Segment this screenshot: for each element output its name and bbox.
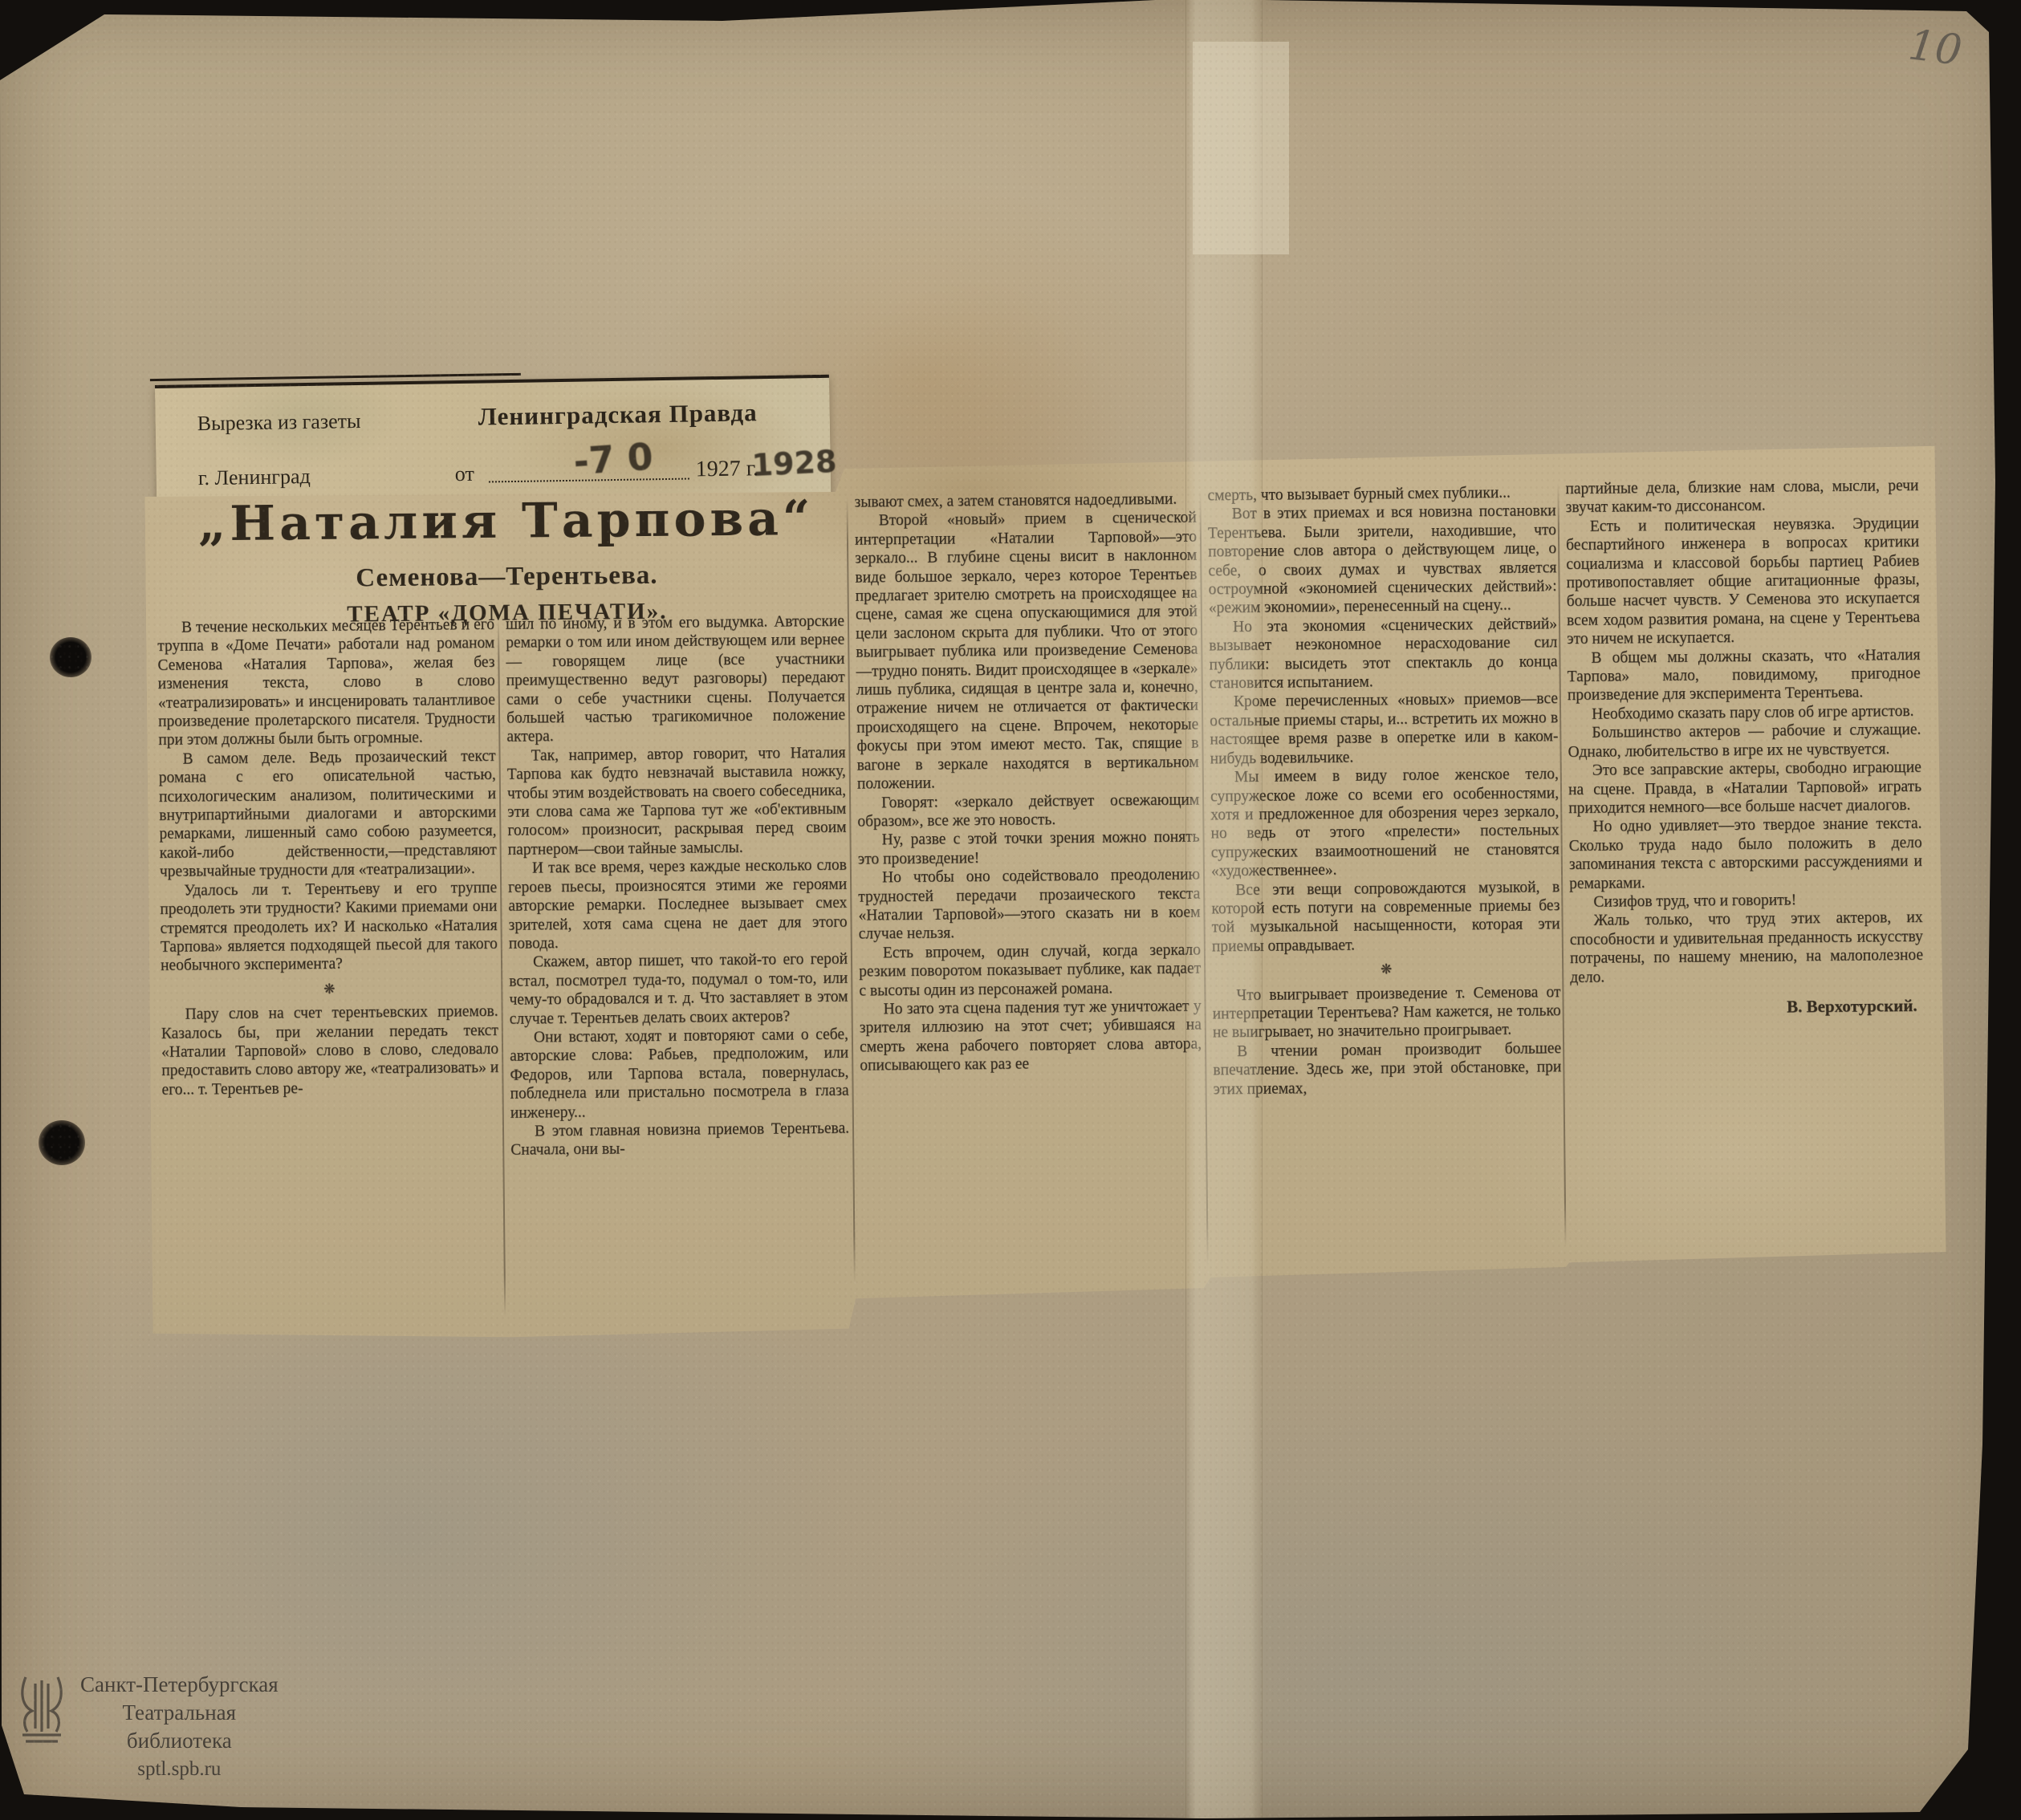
article-column-3: зывают смех, а затем становятся надоедли… <box>854 490 1202 1075</box>
date-stamp-day: -7 0 <box>572 435 655 484</box>
scan-canvas: 10 Вырезка из газеты Ленинградская Правд… <box>0 0 2021 1820</box>
article-paragraph: Второй «новый» прием в сценической интер… <box>855 509 1199 794</box>
label-source-prefix: Вырезка из газеты <box>197 409 361 436</box>
library-watermark: Санкт-Петербургская Театральная библиоте… <box>13 1671 279 1783</box>
label-from: от <box>455 462 474 486</box>
article-paragraph: Ну, разве с этой точки зрения можно поня… <box>857 828 1199 869</box>
column-rule <box>1199 490 1208 1266</box>
label-city: г. Ленинград <box>198 465 311 490</box>
article-paragraph: Большинство актеров — рабочие и служащие… <box>1568 721 1921 762</box>
article-paragraph: Кроме перечисленных «новых» приемов—все … <box>1210 690 1559 769</box>
article-signature: В. Верхотурский. <box>1787 997 1924 1017</box>
article-paragraph: Но зато эта сцена падения тут же уничтож… <box>859 997 1202 1075</box>
article-title: „Наталия Тарпова“ <box>152 490 860 552</box>
watermark-line: библиотека <box>80 1727 279 1755</box>
page-number: 10 <box>1906 21 1965 75</box>
article-paragraph: В чтении роман производит большее впечат… <box>1213 1039 1562 1099</box>
watermark-line: sptl.spb.ru <box>80 1755 279 1783</box>
column-rule <box>498 619 506 1317</box>
date-stamp-year: 1928 <box>751 444 838 483</box>
label-source-name: Ленинградская Правда <box>478 398 757 431</box>
article-column-4: смерть, что вызывает бурный смех публики… <box>1207 483 1561 1099</box>
article-paragraph: И так все время, через каждые несколько … <box>508 856 848 953</box>
album-page: 10 Вырезка из газеты Ленинградская Правд… <box>0 0 2021 1820</box>
article-paragraph: Все эти вещи сопровождаются музыкой, в к… <box>1211 878 1560 957</box>
article-paragraph: В этом главная новизна приемов Терентьев… <box>510 1119 849 1160</box>
article-column-5: В. Верхотурский. партийные дела, близкие… <box>1565 477 1923 1019</box>
punch-hole <box>50 637 91 677</box>
article-column-1: В течение нескольких месяцев Терентьев и… <box>157 615 499 1099</box>
article-paragraph: Они встают, ходят и повторяют сами о себ… <box>510 1026 849 1123</box>
article-subtitle: Семенова—Терентьева. <box>153 559 860 595</box>
article-paragraph: Мы имеем в виду голое женское тело, супр… <box>1210 765 1559 881</box>
article-headline: „Наталия Тарпова“ Семенова—Терентьева. Т… <box>152 490 860 629</box>
article-paragraph: Так, например, автор говорит, что Натали… <box>506 743 846 859</box>
article-paragraph: партийные дела, близкие нам слова, мысли… <box>1565 477 1918 518</box>
article-paragraph: шил по иному, и в этом его выдумка. Авто… <box>506 612 846 747</box>
article-paragraph: Но чтобы оно содействовало преодолению т… <box>858 866 1201 945</box>
article-paragraph: Говорят: «зеркало действует освежающим о… <box>857 790 1199 831</box>
article-paragraph: В самом деле. Ведь прозаический текст ро… <box>158 747 497 882</box>
watermark-line: Санкт-Петербургская <box>80 1671 279 1699</box>
article-paragraph: Удалось ли т. Терентьеву и его труппе пр… <box>160 878 498 975</box>
article-paragraph: Но эта экономия «сценических действий» в… <box>1209 615 1558 693</box>
section-separator: ❋ <box>1212 958 1560 981</box>
article-paragraph: Скажем, автор пишет, что такой-то его ге… <box>509 950 848 1029</box>
newspaper-clipping: „Наталия Тарпова“ Семенова—Терентьева. Т… <box>144 445 1946 1344</box>
article-paragraph: Это все заправские актеры, свободно игра… <box>1568 758 1922 818</box>
article-paragraph: В общем мы должны сказать, что «Наталия … <box>1567 645 1921 705</box>
article-paragraph: Жаль только, что труд этих актеров, их с… <box>1569 908 1923 987</box>
label-printed-year: 1927 г. <box>695 456 758 482</box>
library-watermark-text: Санкт-Петербургская Театральная библиоте… <box>80 1671 279 1783</box>
section-separator: ❋ <box>161 978 498 1000</box>
article-paragraph: Есть и политическая неувязка. Эрудиции б… <box>1566 514 1921 649</box>
article-paragraph: Пару слов на счет терентьевских приемов.… <box>161 1002 499 1099</box>
article-paragraph: В течение нескольких месяцев Терентьев и… <box>157 615 496 750</box>
article-paragraph: Есть впрочем, один случай, когда зеркало… <box>859 940 1202 1000</box>
punch-hole <box>39 1120 85 1165</box>
article-paragraph: Что выигрывает произведение т. Семенова … <box>1212 983 1561 1042</box>
watermark-line: Театральная <box>80 1699 279 1727</box>
article-column-2: шил по иному, и в этом его выдумка. Авто… <box>506 612 849 1160</box>
library-logo-icon <box>13 1671 71 1748</box>
article-paragraph: Но одно удивляет—это твердое знание текс… <box>1568 815 1922 893</box>
article-paragraph: Вот в этих приемах и вся новизна постано… <box>1208 502 1557 619</box>
